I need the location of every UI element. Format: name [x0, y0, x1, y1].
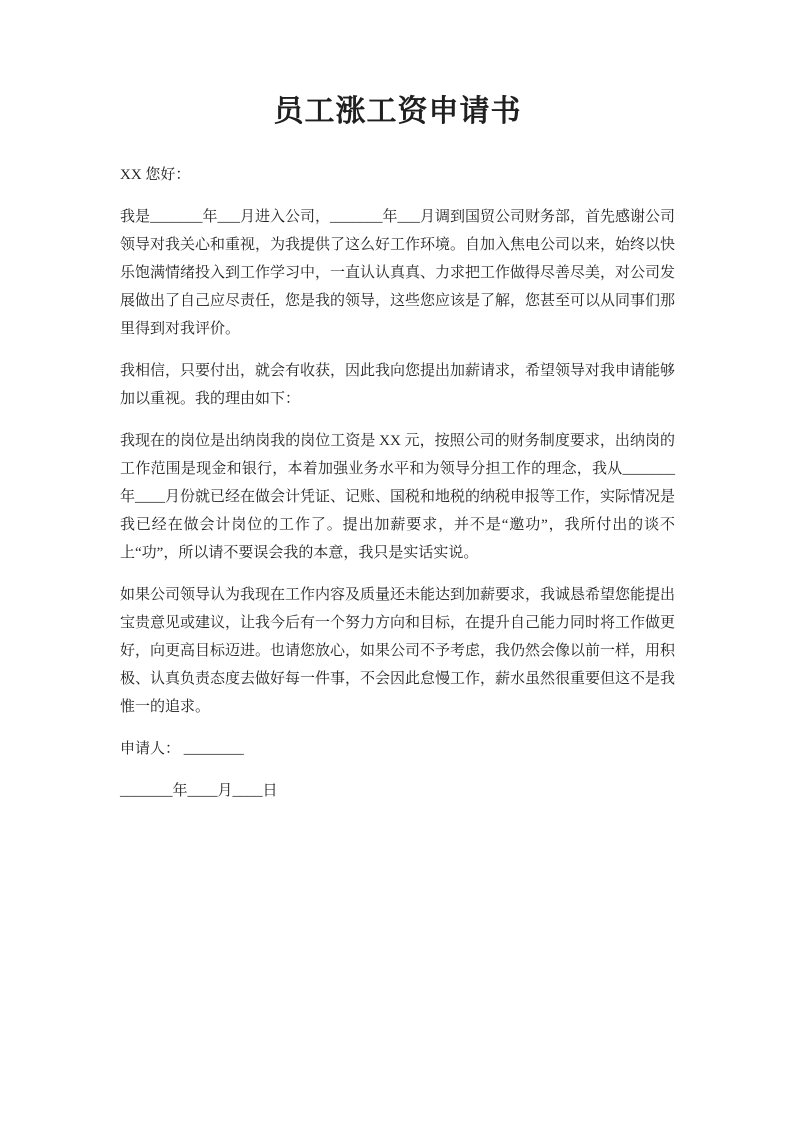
applicant-signature-line: 申请人： ________: [120, 735, 675, 763]
document-page: 员工涨工资申请书 XX 您好： 我是_______年___月进入公司，_____…: [0, 0, 793, 1122]
body-paragraph-4: 如果公司领导认为我现在工作内容及质量还未能达到加薪要求，我诚恳希望您能提出宝贵意…: [120, 581, 675, 721]
document-title: 员工涨工资申请书: [120, 92, 675, 132]
body-paragraph-2: 我相信，只要付出，就会有收获，因此我向您提出加薪请求，希望领导对我申请能够加以重…: [120, 357, 675, 413]
date-line: _______年____月____日: [120, 777, 675, 805]
body-paragraph-3: 我现在的岗位是出纳岗我的岗位工资是 XX 元，按照公司的财务制度要求，出纳岗的工…: [120, 427, 675, 567]
salutation: XX 您好：: [120, 161, 675, 189]
body-paragraph-1: 我是_______年___月进入公司，_______年___月调到国贸公司财务部…: [120, 203, 675, 343]
